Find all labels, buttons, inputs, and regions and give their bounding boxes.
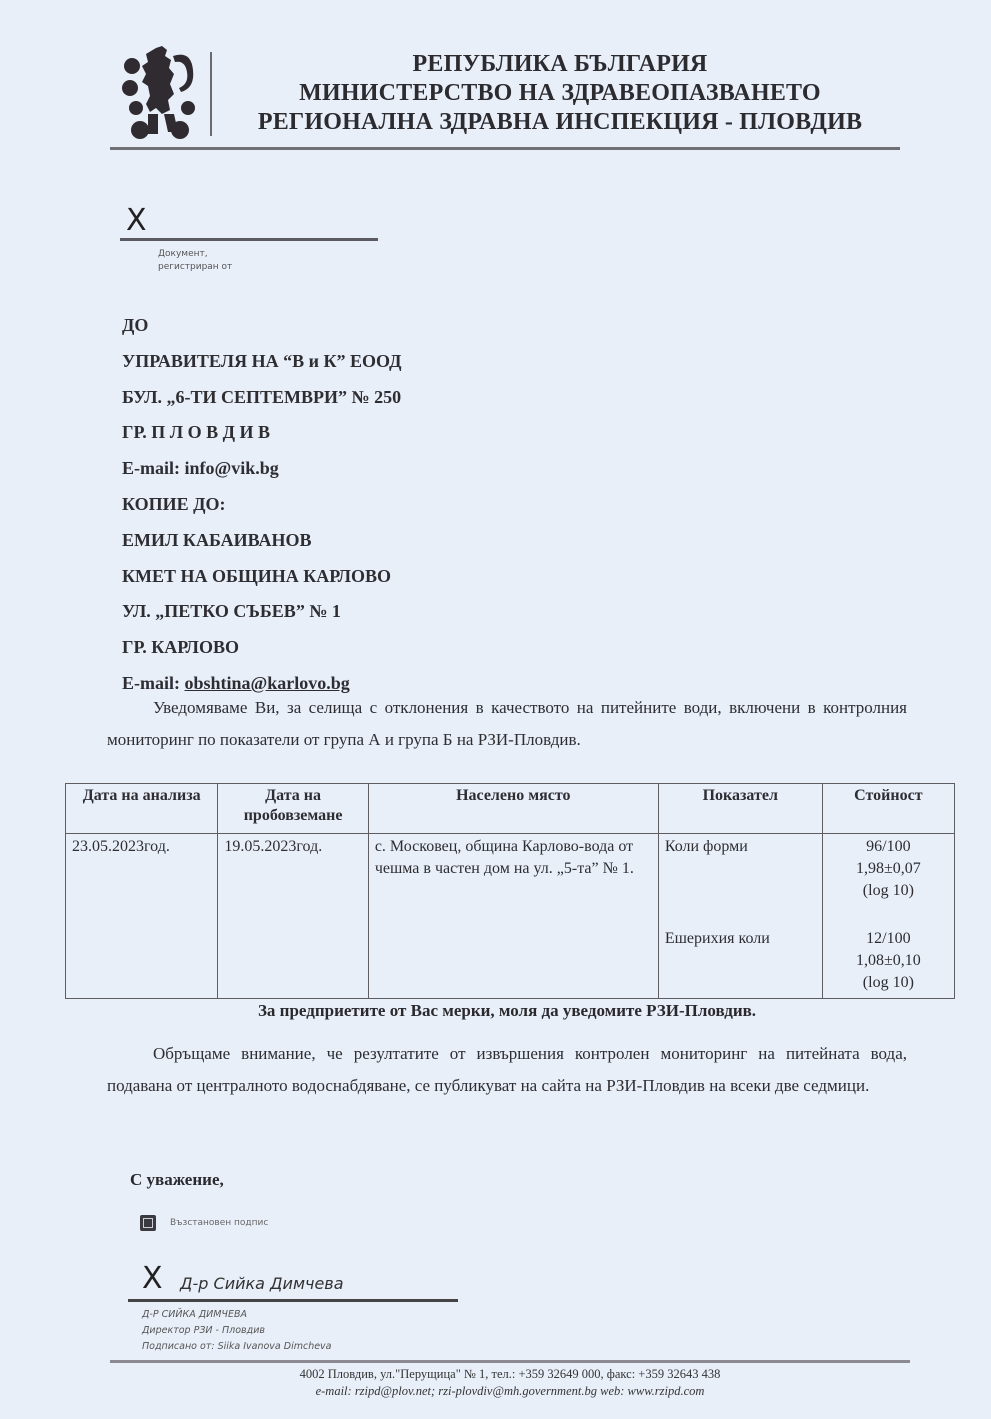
signature-line: [128, 1299, 458, 1302]
copy-to-label: КОПИЕ ДО:: [122, 491, 402, 527]
signer-details: Д-Р СИЙКА ДИМЧЕВА Директор РЗИ - Пловдив…: [142, 1307, 332, 1355]
cell-location: с. Московец, община Карлово-вода от чешм…: [368, 834, 658, 999]
registration-mark: X: [126, 206, 147, 236]
addressee-city: ГР. П Л О В Д И В: [122, 419, 402, 455]
table-row: 23.05.2023год. 19.05.2023год. с. Москове…: [66, 834, 955, 999]
footer: 4002 Пловдив, ул."Перущица" № 1, тел.: +…: [110, 1366, 910, 1400]
signer-title: Директор РЗИ - Пловдив: [142, 1323, 332, 1339]
addressee-street: БУЛ. „6-ТИ СЕПТЕМВРИ” № 250: [122, 384, 402, 420]
letterhead-country: РЕПУБЛИКА БЪЛГАРИЯ: [230, 50, 890, 79]
col-value: Стойност: [822, 784, 954, 834]
copy-recipient-city: ГР. КАРЛОВО: [122, 634, 402, 670]
cell-indicators: Коли форми Ешерихия коли: [658, 834, 822, 999]
addressee-to: ДО: [122, 312, 402, 348]
publication-paragraph: Обръщаме внимание, че резултатите от изв…: [107, 1038, 907, 1102]
lion-crest-icon: [118, 44, 202, 144]
letter-page: РЕПУБЛИКА БЪЛГАРИЯ МИНИСТЕРСТВО НА ЗДРАВ…: [0, 0, 991, 1419]
results-table: Дата на анализа Дата на пробовземане Нас…: [65, 783, 955, 999]
cell-analysis-date: 23.05.2023год.: [66, 834, 218, 999]
notice-paragraph: Уведомяваме Ви, за селища с отклонения в…: [107, 692, 907, 756]
letterhead: РЕПУБЛИКА БЪЛГАРИЯ МИНИСТЕРСТВО НА ЗДРАВ…: [230, 50, 890, 137]
header-divider: [210, 52, 212, 136]
letterhead-ministry: МИНИСТЕРСТВО НА ЗДРАВЕОПАЗВАНЕТО: [230, 79, 890, 108]
col-location: Населено място: [368, 784, 658, 834]
col-analysis-date: Дата на анализа: [66, 784, 218, 834]
salutation: С уважение,: [130, 1170, 224, 1190]
table-header-row: Дата на анализа Дата на пробовземане Нас…: [66, 784, 955, 834]
copy-recipient-street: УЛ. „ПЕТКО СЪБЕВ” № 1: [122, 598, 402, 634]
footer-contacts: e-mail: rzipd@plov.net; rzi-plovdiv@mh.g…: [110, 1383, 910, 1400]
signature-status-icon: [140, 1215, 156, 1231]
col-indicator: Показател: [658, 784, 822, 834]
footer-address: 4002 Пловдив, ул."Перущица" № 1, тел.: +…: [110, 1366, 910, 1383]
registration-caption: Документ, регистриран от: [158, 248, 232, 274]
footer-rule: [110, 1360, 910, 1363]
col-sampling-date: Дата на пробовземане: [218, 784, 368, 834]
copy-recipient-title: КМЕТ НА ОБЩИНА КАРЛОВО: [122, 563, 402, 599]
copy-recipient-name: ЕМИЛ КАБАИВАНОВ: [122, 527, 402, 563]
addressee-email: E-mail: info@vik.bg: [122, 455, 402, 491]
signature-name: Д-р Сийка Димчева: [180, 1274, 344, 1293]
header-rule: [110, 147, 900, 150]
copy-email-link[interactable]: obshtina@karlovo.bg: [185, 673, 350, 693]
signer-signed-by: Подписано от: Siika Ivanova Dimcheva: [142, 1339, 332, 1355]
indicator-coliforms: Коли форми: [665, 836, 816, 858]
signature-mark: X: [142, 1264, 163, 1294]
cell-sampling-date: 19.05.2023год.: [218, 834, 368, 999]
value-coliforms: 96/100 1,98±0,07 (log 10): [829, 836, 948, 902]
registration-line: [120, 238, 378, 241]
signer-name: Д-Р СИЙКА ДИМЧЕВА: [142, 1307, 332, 1323]
action-request: За предприетите от Вас мерки, моля да ув…: [107, 998, 907, 1024]
cell-values: 96/100 1,98±0,07 (log 10) 12/100 1,08±0,…: [822, 834, 954, 999]
letterhead-inspection: РЕГИОНАЛНА ЗДРАВНА ИНСПЕКЦИЯ - ПЛОВДИВ: [230, 108, 890, 137]
addressee-block: ДО УПРАВИТЕЛЯ НА “В и К” ЕООД БУЛ. „6-ТИ…: [122, 312, 402, 706]
signature-status-label: Възстановен подпис: [170, 1218, 268, 1228]
indicator-ecoli: Ешерихия коли: [665, 928, 816, 950]
addressee-recipient: УПРАВИТЕЛЯ НА “В и К” ЕООД: [122, 348, 402, 384]
value-ecoli: 12/100 1,08±0,10 (log 10): [829, 928, 948, 994]
